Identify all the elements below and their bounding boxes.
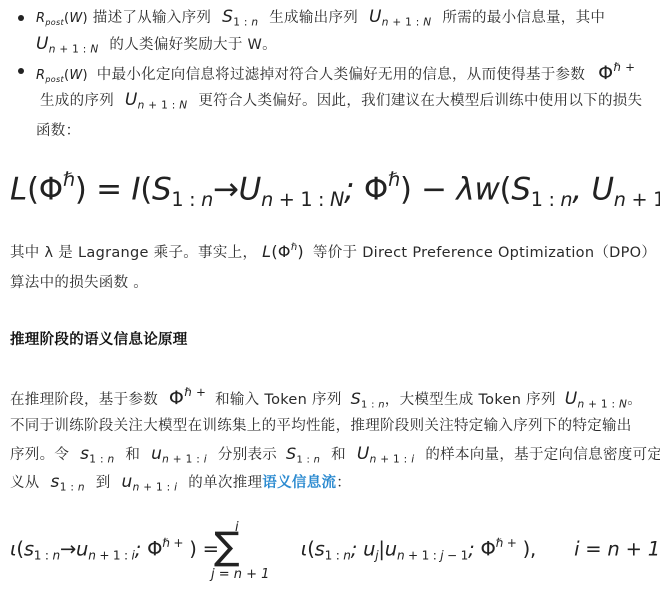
paragraph-inference-line-2: 不同于训练阶段关注大模型在训练集上的平均性能，推理阶段则关注特定输入序列下的特定… (10, 414, 632, 435)
section-heading: 推理阶段的语义信息论原理 (10, 328, 188, 349)
eq-symbol: ℏ (63, 168, 75, 191)
text-segment: 在推理阶段，基于参数 (10, 392, 158, 408)
math-phi-hbar-plus: Φℏ + (169, 387, 206, 409)
bullet-2-line-3: 函数： (36, 119, 80, 140)
eq-symbol: S (152, 171, 171, 207)
bullet-2-line-1: Rpost(W) 中最小化定向信息将过滤掉对符合人类偏好无用的信息，从而使得基于… (36, 60, 635, 84)
text-segment: 等价于 Direct Preference Optimization（DPO） (313, 245, 656, 261)
text-segment: 更符合人类偏好。因此，我们建议在大模型后训练中使用以下的损失 (198, 93, 642, 109)
math-s-1n: S1 : n (222, 7, 258, 27)
math-u-n1N: Un + 1 : N (369, 7, 432, 27)
text-segment: 义从 (10, 475, 40, 491)
text-segment: 序列。令 (10, 447, 69, 463)
text-segment: 分别表示 (218, 447, 277, 463)
math-u-n1N: Un + 1 : N (565, 389, 628, 409)
equation-loss-function: L(Φℏ) = I(S1 : n→Un + 1 : N; Φℏ) − λw(S1… (10, 168, 660, 211)
math-u-n1N: Un + 1 : N (125, 90, 188, 110)
math-s-1n: S1 : n (286, 444, 320, 463)
math-u-n1i: Un + 1 : i (357, 444, 415, 464)
math-r-post: Rpost(W) (36, 68, 88, 83)
text-segment: ： (336, 475, 351, 491)
bullet-1-line-2: Un + 1 : N 的人类偏好奖励大于 W。 (36, 33, 277, 56)
eq-symbol: U (239, 171, 261, 207)
eq-symbol: = (96, 171, 122, 207)
text-segment: 算法中的损失函数 。 (10, 275, 148, 291)
text-segment: 所需的最小信息量，其中 (442, 10, 605, 26)
text-segment: 其中 λ 是 Lagrange 乘子。事实上， (10, 245, 257, 261)
bullet-dot (18, 68, 24, 74)
text-segment: ，大模型生成 Token 序列 (385, 392, 556, 408)
eq-symbol: − (421, 171, 447, 207)
text-segment: 的人类偏好奖励大于 W。 (109, 37, 277, 53)
math-phi-hbar-plus: Φℏ + (598, 62, 635, 84)
sum-lower-limit: j = n + 1 (211, 567, 269, 582)
eq-range: i = n + 1, ..., N. (574, 537, 660, 560)
math-r-post: Rpost(W) (36, 11, 88, 26)
link-semantic-information-flow[interactable]: 语义信息流 (262, 475, 336, 491)
paragraph-inference-line-4: 义从 s1 : n 到 un + 1 : i 的单次推理语义信息流： (10, 471, 351, 494)
text-segment: 不同于训练阶段关注大模型在训练集上的平均性能，推理阶段则关注特定输入序列下的特定… (10, 418, 632, 434)
eq-symbol: L (10, 171, 27, 207)
math-s-1n-lower: s1 : n (80, 444, 114, 464)
text-segment: 和输入 Token 序列 (215, 392, 342, 408)
math-s-1n-lower: s1 : n (51, 472, 85, 492)
equation-semantic-information-flow: ι(s1 : n→un + 1 : i; Φℏ + ) = ι(s1 : n; … (10, 536, 660, 563)
paragraph-inference-line-1: 在推理阶段，基于参数 Φℏ + 和输入 Token 序列 S1 : n，大模型生… (10, 385, 642, 411)
text-segment: 函数： (36, 123, 80, 139)
sum-upper-limit: i (235, 520, 239, 535)
math-u-n1i-lower: un + 1 : i (151, 444, 207, 464)
text-segment: 的样本向量，基于定向信息密度可定 (425, 447, 660, 463)
math-u-n1N: Un + 1 : N (36, 34, 99, 54)
text-segment: 的单次推理 (188, 475, 262, 491)
math-u-n1i-lower: un + 1 : i (122, 472, 178, 492)
paragraph-inference-line-3: 序列。令 s1 : n 和 un + 1 : i 分别表示 S1 : n 和 U… (10, 443, 660, 466)
bullet-2-line-2: 生成的序列 Un + 1 : N 更符合人类偏好。因此，我们建议在大模型后训练中… (40, 89, 642, 112)
text-segment: 中最小化定向信息将过滤掉对符合人类偏好无用的信息，从而使得基于参数 (97, 67, 585, 83)
bullet-1-line-1: Rpost(W) 描述了从输入序列 S1 : n 生成输出序列 Un + 1 :… (36, 6, 605, 29)
text-segment: 到 (96, 475, 111, 491)
text-segment: 和 (125, 447, 140, 463)
eq-symbol: Φ (39, 171, 63, 207)
paragraph-lagrange-line-2: 算法中的损失函数 。 (10, 271, 148, 292)
math-s-1n: S1 : n (351, 389, 385, 408)
text-segment: 描述了从输入序列 (93, 10, 211, 26)
math-l-phi-hbar: L(Φℏ) (262, 242, 304, 261)
text-segment: 和 (331, 447, 346, 463)
text-segment: 。 (627, 392, 642, 408)
eq-symbol: w (474, 171, 499, 207)
text-segment: 生成的序列 (40, 93, 114, 109)
text-segment: 生成输出序列 (269, 10, 358, 26)
eq-symbol: λ (456, 171, 474, 207)
eq-symbol: I (131, 171, 140, 207)
paragraph-lagrange-line-1: 其中 λ 是 Lagrange 乘子。事实上， L(Φℏ) 等价于 Direct… (10, 241, 656, 262)
eq-symbol: → (213, 171, 239, 207)
bullet-dot (18, 15, 24, 21)
